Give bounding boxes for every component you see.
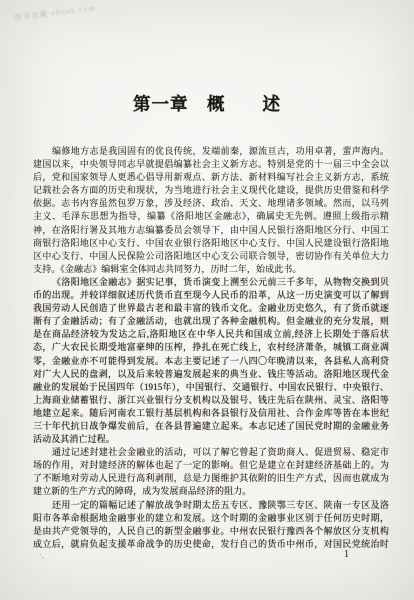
- text-line: 还用一定的篇幅记述了解放战争时期太岳五专区、豫陕鄂三专区、陕南一专区及洛: [33, 499, 389, 512]
- text-line: 融业的发展始于民国四年（1915年），中国银行、交通银行、中国农民银行、中央银行…: [33, 381, 389, 394]
- text-line: 我国劳动人民创造了世界最古老和最丰富的钱币文化。金融业历史悠久，有了货币就逐: [33, 302, 389, 315]
- body-text: 编修地方志是我国固有的优良传统，发端前秦，源流亘古，功用卓著，蜚声海内。 建国以…: [33, 145, 389, 551]
- text-line: 场的作用，对封建经济的解体也起了一定的影响。但它是建立在封建经济基础上的。为: [33, 459, 389, 472]
- text-line: 《洛阳地区金融志》据实记事，货币演变上溯至公元前三千多年，从物物交换到贝: [33, 276, 389, 289]
- text-line: 地建立起来。随后河南农工银行基层机构和各县银行及信用社、合作金库等皆在本世纪: [33, 407, 389, 420]
- text-line: 对广大人民的盘剥，以及后来较普遍发展起来的典当业、钱庄等活动。洛阳地区现代金: [33, 368, 389, 381]
- paragraph: 编修地方志是我国固有的优良传统，发端前秦，源流亘古，功用卓著，蜚声海内。 建国以…: [33, 145, 389, 276]
- text-line: 商银行洛阳地区中心支行、中国农业银行洛阳地区中心支行、中国人民建设银行洛阳地: [33, 237, 389, 250]
- text-line: 记载社会各方面的历史和现状，为当地进行社会主义现代化建设，提供历史借鉴和科学: [33, 184, 389, 197]
- paragraph: 还用一定的篇幅记述了解放战争时期太岳五专区、豫陕鄂三专区、陕南一专区及洛 阳市各…: [33, 499, 389, 551]
- text-line: 编修地方志是我国固有的优良传统，发端前秦，源流亘古，功用卓著，蜚声海内。: [33, 145, 389, 158]
- text-line: 后，党和国家领导人更悉心倡导用新观点、新方法、新材料编写社会主义新方志，系统: [33, 171, 389, 184]
- watermark: 图书馆藏 ebook com: [14, 3, 96, 23]
- text-line: 阳市各革命根据地金融事业的建立和发展。这个时期的金融事业区别于任何历史时期，: [33, 512, 389, 525]
- paragraph: 《洛阳地区金融志》据实记事，货币演变上溯至公元前三千多年，从物物交换到贝 币的出…: [33, 276, 389, 446]
- text-line: 三十年代抗日战争爆发前后，在各县普遍建立起来。本志记述了国民党时期的金融业务: [33, 420, 389, 433]
- text-line: 是由共产党领导的，人民自己的新型金融事业。中州农民银行豫西各个解放区分支机构: [33, 525, 389, 538]
- text-line: 渐有了金融活动；有了金融活动，也就出现了各种金融机构。但金融业的充分发展，则: [33, 315, 389, 328]
- text-line: 活动及其消亡过程。: [33, 433, 389, 446]
- text-line: 零，金融业亦不可能得到发展。本志主要记述了一八四〇年晚清以来，各县私人高利贷: [33, 355, 389, 368]
- text-line: 主义、毛泽东思想为指导，编纂《洛阳地区金融志》，确属史无先例。遵照上级指示精: [33, 210, 389, 223]
- scan-artifact: ·,: [39, 551, 44, 560]
- scanned-book-page: 图书馆藏 ebook com 第一章 概 述 编修地方志是我国固有的优良传统，发…: [0, 0, 414, 600]
- text-line: 币的出现。并较详细叙述历代货币直至现今人民币的沿革，从这一历史演变可以了解到: [33, 289, 389, 302]
- text-line: 是在商品经济较为发达之后,洛阳地区在中华人民共和国成立前,经济上长期处于落后状: [33, 328, 389, 341]
- text-line: 上海商业储蓄银行、浙江兴业银行分支机构以及银号、钱庄先后在陕州、灵宝、洛阳等: [33, 394, 389, 407]
- text-line: 区中心支行、中国人民保险公司洛阳地区中心支公司联合领导，密切协作有关单位大力: [33, 250, 389, 263]
- text-line: 建国以来，中央领导同志早就提倡编纂社会主义新方志。特别是党的十一届三中全会以: [33, 158, 389, 171]
- text-line: 依据。志书内容虽然包罗万象，涉及经济、政治、天文、地理诸多领域。然而，以马列: [33, 197, 389, 210]
- chapter-title: 第一章 概 述: [0, 91, 414, 116]
- paragraph: 通过记述封建社会金融业的活动，可以了解它曾起了资助商人、促进贸易、稳定市 场的作…: [33, 446, 389, 498]
- text-line: 了不断地对劳动人民进行高利剥削，总是力图维护其依附的旧生产方式，因而也就成为: [33, 472, 389, 485]
- page-number: 1: [344, 549, 349, 560]
- text-line: 建立新的生产方式的障碍，成为发展商品经济的阻力。: [33, 485, 389, 498]
- text-line: 通过记述封建社会金融业的活动，可以了解它曾起了资助商人、促进贸易、稳定市: [33, 446, 389, 459]
- text-line: 态，广大农民长期受地富豪绅的压榨，挣扎在死亡线上，农村经济萧条，城镇工商业凋: [33, 341, 389, 354]
- text-line: 神，在洛阳行署及其地方志编纂委员会领导下，由中国人民银行洛阳地区分行、中国工: [33, 224, 389, 237]
- text-line: 成立后，就肩负起支援革命战争的历史使命，发行自己的货币中州币，对国民党统治时: [33, 538, 389, 551]
- text-line: 支持。《金融志》编辑室全体同志共同努力，历时二年，始成此书。: [33, 263, 389, 276]
